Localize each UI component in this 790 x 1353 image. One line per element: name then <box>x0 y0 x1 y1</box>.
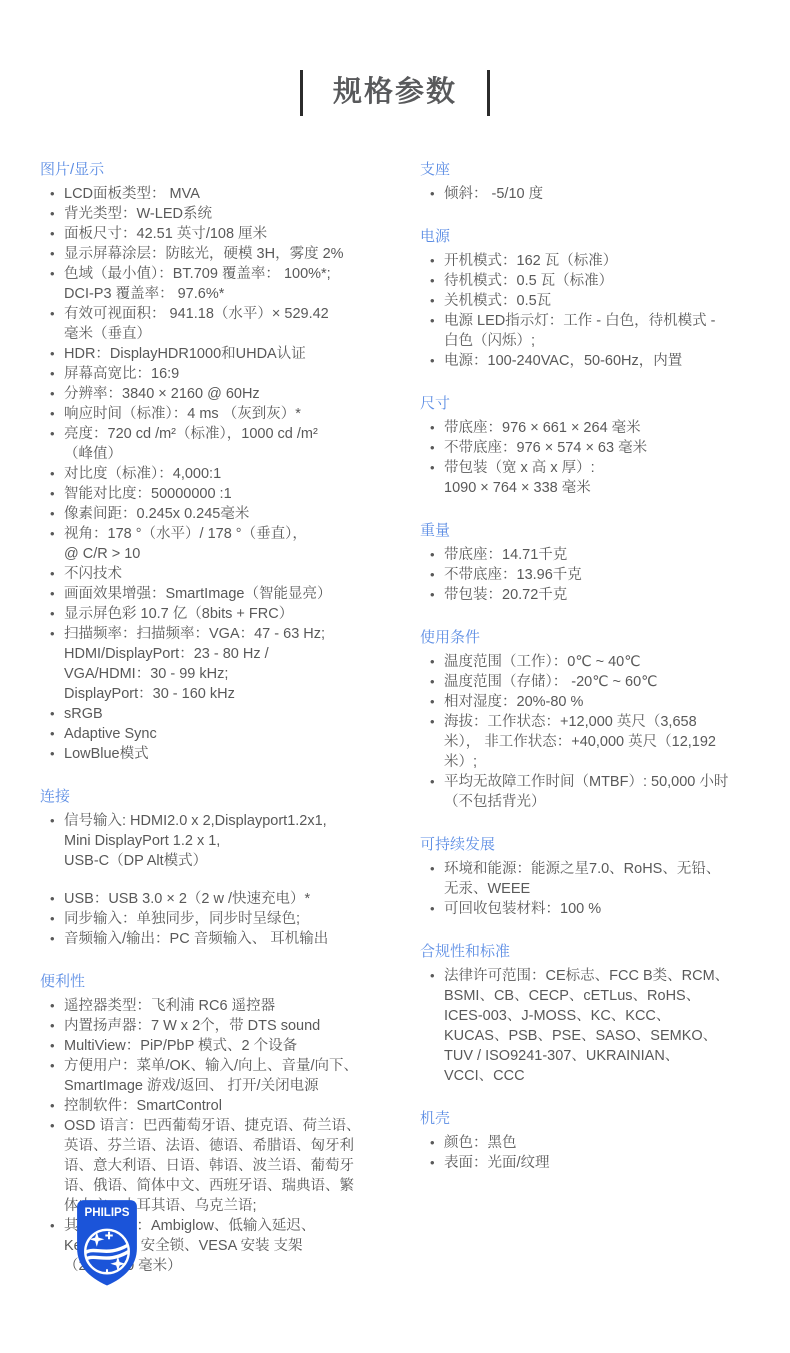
spec-item: •环境和能源：能源之星7.0、RoHS、无铅、 无汞、WEEE <box>420 859 776 899</box>
spec-item: •智能对比度：50000000 :1 <box>40 484 396 504</box>
spec-item-text: 倾斜： -5/10 度 <box>444 184 776 204</box>
bullet-icon: • <box>50 996 64 1016</box>
spec-item: •面板尺寸：42.51 英寸/108 厘米 <box>40 224 396 244</box>
page-header: 规格参数 <box>0 70 790 116</box>
spec-list: •温度范围（工作）：0℃ ~ 40℃•温度范围（存储）： -20℃ ~ 60℃•… <box>420 652 776 812</box>
bullet-icon: • <box>50 244 64 264</box>
spec-item-text: 亮度：720 cd /m²（标准），1000 cd /m² （峰值） <box>64 424 396 464</box>
bullet-icon: • <box>430 585 444 605</box>
spec-item-text: 法律许可范围：CE标志、FCC B类、RCM、 BSMI、CB、CECP、cET… <box>444 966 776 1086</box>
spec-item-text: 表面：光面/纹理 <box>444 1153 776 1173</box>
spec-item: •内置扬声器：7 W x 2个，带 DTS sound <box>40 1016 396 1036</box>
section-title: 支座 <box>420 160 776 180</box>
spec-item-text: 颜色：黑色 <box>444 1133 776 1153</box>
bullet-icon: • <box>50 724 64 744</box>
bullet-icon: • <box>430 712 444 732</box>
spec-item-text: 背光类型：W-LED系统 <box>64 204 396 224</box>
spec-item-text: 面板尺寸：42.51 英寸/108 厘米 <box>64 224 396 244</box>
spec-item: •控制软件：SmartControl <box>40 1096 396 1116</box>
bullet-icon: • <box>50 404 64 424</box>
spec-item: •视角：178 °（水平）/ 178 °（垂直）， @ C/R > 10 <box>40 524 396 564</box>
spec-item-text: 温度范围（存储）： -20℃ ~ 60℃ <box>444 672 776 692</box>
bullet-icon: • <box>430 772 444 792</box>
spec-item-text: 带底座：976 × 661 × 264 毫米 <box>444 418 776 438</box>
bullet-icon: • <box>430 859 444 879</box>
bullet-icon: • <box>430 652 444 672</box>
spec-item-text: 遥控器类型：飞利浦 RC6 遥控器 <box>64 996 396 1016</box>
bullet-icon: • <box>50 344 64 364</box>
bullet-icon: • <box>50 811 64 831</box>
spec-item-text: 显示屏幕涂层：防眩光，硬模 3H，雾度 2% <box>64 244 396 264</box>
spec-item-text: sRGB <box>64 704 396 724</box>
bullet-icon: • <box>50 744 64 764</box>
bullet-icon: • <box>430 418 444 438</box>
spec-item-text: 扫描频率：扫描频率：VGA：47 - 63 Hz; HDMI/DisplayPo… <box>64 624 396 704</box>
section-title: 重量 <box>420 521 776 541</box>
spec-item: •带包装（宽 x 高 x 厚）: 1090 × 764 × 338 毫米 <box>420 458 776 498</box>
spec-item-text: 同步输入：单独同步，同步时呈绿色; <box>64 909 396 929</box>
bullet-icon: • <box>50 224 64 244</box>
spec-item: •带底座：976 × 661 × 264 毫米 <box>420 418 776 438</box>
spec-item: •画面效果增强：SmartImage（智能显亮） <box>40 584 396 604</box>
bullet-icon: • <box>50 1016 64 1036</box>
bullet-icon: • <box>430 184 444 204</box>
bullet-icon: • <box>50 564 64 584</box>
spec-item: •LCD面板类型： MVA <box>40 184 396 204</box>
philips-wordmark: PHILIPS <box>85 1207 130 1219</box>
bullet-icon: • <box>50 364 64 384</box>
spec-list: •开机模式：162 瓦（标准）•待机模式：0.5 瓦（标准）•关机模式：0.5瓦… <box>420 251 776 371</box>
spec-item-text: 控制软件：SmartControl <box>64 1096 396 1116</box>
bullet-icon: • <box>430 458 444 478</box>
section-title: 使用条件 <box>420 628 776 648</box>
bullet-icon: • <box>50 304 64 324</box>
spec-list: •倾斜： -5/10 度 <box>420 184 776 204</box>
spec-page: 规格参数 图片/显示•LCD面板类型： MVA•背光类型：W-LED系统•面板尺… <box>0 0 790 1353</box>
spec-section: 电源•开机模式：162 瓦（标准）•待机模式：0.5 瓦（标准）•关机模式：0.… <box>420 227 776 371</box>
spec-item: •显示屏幕涂层：防眩光，硬模 3H，雾度 2% <box>40 244 396 264</box>
spec-item: •不带底座：976 × 574 × 63 毫米 <box>420 438 776 458</box>
spec-list: •颜色：黑色•表面：光面/纹理 <box>420 1133 776 1173</box>
spec-item: •LowBlue模式 <box>40 744 396 764</box>
spec-item: •倾斜： -5/10 度 <box>420 184 776 204</box>
spec-item-text: 海拔：工作状态：+12,000 英尺（3,658 米）， 非工作状态：+40,0… <box>444 712 776 772</box>
spec-item-text: 关机模式：0.5瓦 <box>444 291 776 311</box>
section-title: 便利性 <box>40 972 396 992</box>
spec-item: •有效可视面积： 941.18（水平）× 529.42 毫米（垂直） <box>40 304 396 344</box>
spec-item: •不带底座：13.96千克 <box>420 565 776 585</box>
spec-item-text: 方便用户：菜单/OK、输入/向上、音量/向下、 SmartImage 游戏/返回… <box>64 1056 396 1096</box>
spec-section: 使用条件•温度范围（工作）：0℃ ~ 40℃•温度范围（存储）： -20℃ ~ … <box>420 628 776 812</box>
spec-item-text: 带底座：14.71千克 <box>444 545 776 565</box>
spec-item-text: 温度范围（工作）：0℃ ~ 40℃ <box>444 652 776 672</box>
bullet-icon: • <box>50 909 64 929</box>
spec-list: •带底座：14.71千克•不带底座：13.96千克•带包装：20.72千克 <box>420 545 776 605</box>
spec-item-text: 智能对比度：50000000 :1 <box>64 484 396 504</box>
spec-item-text: USB：USB 3.0 × 2（2 w /快速充电）* <box>64 889 396 909</box>
spec-item-text: 响应时间（标准）：4 ms （灰到灰）* <box>64 404 396 424</box>
spec-item: •信号输入: HDMI2.0 x 2,Displayport1.2x1, Min… <box>40 811 396 871</box>
spec-item: •显示屏色彩 10.7 亿（8bits + FRC） <box>40 604 396 624</box>
spec-item-text: MultiView：PiP/PbP 模式、2 个设备 <box>64 1036 396 1056</box>
spec-section: 支座•倾斜： -5/10 度 <box>420 160 776 204</box>
spec-item-text: 开机模式：162 瓦（标准） <box>444 251 776 271</box>
spec-item: •带底座：14.71千克 <box>420 545 776 565</box>
bullet-icon: • <box>430 271 444 291</box>
spec-item: •颜色：黑色 <box>420 1133 776 1153</box>
spec-section: 机壳•颜色：黑色•表面：光面/纹理 <box>420 1109 776 1173</box>
bullet-icon: • <box>50 604 64 624</box>
spec-item: •温度范围（工作）：0℃ ~ 40℃ <box>420 652 776 672</box>
spec-list: •法律许可范围：CE标志、FCC B类、RCM、 BSMI、CB、CECP、cE… <box>420 966 776 1086</box>
spec-item: •电源：100-240VAC，50-60Hz，内置 <box>420 351 776 371</box>
bullet-icon: • <box>430 692 444 712</box>
spec-item: •相对湿度：20%-80 % <box>420 692 776 712</box>
spec-item: •亮度：720 cd /m²（标准），1000 cd /m² （峰值） <box>40 424 396 464</box>
spec-item: •不闪技术 <box>40 564 396 584</box>
spec-item: •屏幕高宽比：16:9 <box>40 364 396 384</box>
spec-item-text: 画面效果增强：SmartImage（智能显亮） <box>64 584 396 604</box>
spec-item-text: 显示屏色彩 10.7 亿（8bits + FRC） <box>64 604 396 624</box>
right-column: 支座•倾斜： -5/10 度电源•开机模式：162 瓦（标准）•待机模式：0.5… <box>420 160 776 1299</box>
spec-item-text: 平均无故障工作时间（MTBF）: 50,000 小时 （不包括背光） <box>444 772 776 812</box>
bullet-icon: • <box>430 966 444 986</box>
section-title: 机壳 <box>420 1109 776 1129</box>
spec-item-text: 可回收包装材料：100 % <box>444 899 776 919</box>
spec-item: •表面：光面/纹理 <box>420 1153 776 1173</box>
bullet-icon: • <box>50 524 64 544</box>
spec-item-text: 对比度（标准）：4,000:1 <box>64 464 396 484</box>
spec-item: •Adaptive Sync <box>40 724 396 744</box>
bullet-icon: • <box>50 704 64 724</box>
spec-item-text: 电源 LED指示灯：工作 - 白色，待机模式 - 白色（闪烁）; <box>444 311 776 351</box>
spec-item-text: 环境和能源：能源之星7.0、RoHS、无铅、 无汞、WEEE <box>444 859 776 899</box>
spec-list: •信号输入: HDMI2.0 x 2,Displayport1.2x1, Min… <box>40 811 396 949</box>
section-title: 尺寸 <box>420 394 776 414</box>
bullet-icon: • <box>430 1133 444 1153</box>
bullet-icon: • <box>50 929 64 949</box>
spec-list: •带底座：976 × 661 × 264 毫米•不带底座：976 × 574 ×… <box>420 418 776 498</box>
spec-item: •色域（最小值）：BT.709 覆盖率： 100%*; DCI-P3 覆盖率： … <box>40 264 396 304</box>
spec-item: •方便用户：菜单/OK、输入/向上、音量/向下、 SmartImage 游戏/返… <box>40 1056 396 1096</box>
bullet-icon: • <box>50 424 64 444</box>
spec-item: •音频输入/输出：PC 音频输入、 耳机输出 <box>40 929 396 949</box>
spec-item: •海拔：工作状态：+12,000 英尺（3,658 米）， 非工作状态：+40,… <box>420 712 776 772</box>
bullet-icon: • <box>430 438 444 458</box>
spec-item: •HDR：DisplayHDR1000和UHDA认证 <box>40 344 396 364</box>
page-title: 规格参数 <box>333 77 457 109</box>
bullet-icon: • <box>430 672 444 692</box>
spec-item: •带包装：20.72千克 <box>420 585 776 605</box>
title-divider-right-icon <box>487 70 490 116</box>
spec-item: •像素间距：0.245x 0.245毫米 <box>40 504 396 524</box>
bullet-icon: • <box>50 204 64 224</box>
spec-item-text: LowBlue模式 <box>64 744 396 764</box>
spec-item-text: 信号输入: HDMI2.0 x 2,Displayport1.2x1, Mini… <box>64 811 396 871</box>
philips-shield-icon: PHILIPS <box>73 1197 141 1287</box>
spec-item: •可回收包装材料：100 % <box>420 899 776 919</box>
spec-item-text: Adaptive Sync <box>64 724 396 744</box>
spec-list: •LCD面板类型： MVA•背光类型：W-LED系统•面板尺寸：42.51 英寸… <box>40 184 396 764</box>
spec-item: •法律许可范围：CE标志、FCC B类、RCM、 BSMI、CB、CECP、cE… <box>420 966 776 1086</box>
spec-item-text: 相对湿度：20%-80 % <box>444 692 776 712</box>
spec-item: •同步输入：单独同步，同步时呈绿色; <box>40 909 396 929</box>
bullet-icon: • <box>50 484 64 504</box>
spec-item-text: 视角：178 °（水平）/ 178 °（垂直）， @ C/R > 10 <box>64 524 396 564</box>
spec-item: •扫描频率：扫描频率：VGA：47 - 63 Hz; HDMI/DisplayP… <box>40 624 396 704</box>
philips-logo: PHILIPS <box>73 1197 141 1287</box>
bullet-icon: • <box>430 1153 444 1173</box>
spec-columns: 图片/显示•LCD面板类型： MVA•背光类型：W-LED系统•面板尺寸：42.… <box>40 160 775 1299</box>
bullet-icon: • <box>50 1096 64 1116</box>
spec-item: •MultiView：PiP/PbP 模式、2 个设备 <box>40 1036 396 1056</box>
spec-item: •对比度（标准）：4,000:1 <box>40 464 396 484</box>
spec-item: •sRGB <box>40 704 396 724</box>
bullet-icon: • <box>430 251 444 271</box>
spec-item: •平均无故障工作时间（MTBF）: 50,000 小时 （不包括背光） <box>420 772 776 812</box>
spec-item-text: HDR：DisplayHDR1000和UHDA认证 <box>64 344 396 364</box>
bullet-icon: • <box>50 504 64 524</box>
spec-item-text: 屏幕高宽比：16:9 <box>64 364 396 384</box>
spec-item: •分辨率：3840 × 2160 @ 60Hz <box>40 384 396 404</box>
spec-section: 重量•带底座：14.71千克•不带底座：13.96千克•带包装：20.72千克 <box>420 521 776 605</box>
bullet-icon: • <box>50 1036 64 1056</box>
bullet-icon: • <box>50 464 64 484</box>
bullet-icon: • <box>430 291 444 311</box>
spec-section: 可持续发展•环境和能源：能源之星7.0、RoHS、无铅、 无汞、WEEE•可回收… <box>420 835 776 919</box>
spec-item: •关机模式：0.5瓦 <box>420 291 776 311</box>
spec-section: 尺寸•带底座：976 × 661 × 264 毫米•不带底座：976 × 574… <box>420 394 776 498</box>
spec-item-text: 色域（最小值）：BT.709 覆盖率： 100%*; DCI-P3 覆盖率： 9… <box>64 264 396 304</box>
bullet-icon: • <box>50 889 64 909</box>
bullet-icon: • <box>50 1116 64 1136</box>
left-column: 图片/显示•LCD面板类型： MVA•背光类型：W-LED系统•面板尺寸：42.… <box>40 160 396 1299</box>
spec-section: 合规性和标准•法律许可范围：CE标志、FCC B类、RCM、 BSMI、CB、C… <box>420 942 776 1086</box>
bullet-icon: • <box>430 311 444 331</box>
spec-item-text: 内置扬声器：7 W x 2个，带 DTS sound <box>64 1016 396 1036</box>
section-title: 图片/显示 <box>40 160 396 180</box>
spec-item: •开机模式：162 瓦（标准） <box>420 251 776 271</box>
spec-item: •遥控器类型：飞利浦 RC6 遥控器 <box>40 996 396 1016</box>
spec-item: •背光类型：W-LED系统 <box>40 204 396 224</box>
bullet-icon: • <box>50 1216 64 1236</box>
bullet-icon: • <box>50 584 64 604</box>
spec-item-text: 音频输入/输出：PC 音频输入、 耳机输出 <box>64 929 396 949</box>
spec-item-text: 不带底座：976 × 574 × 63 毫米 <box>444 438 776 458</box>
bullet-icon: • <box>50 184 64 204</box>
bullet-icon: • <box>430 565 444 585</box>
bullet-icon: • <box>50 1056 64 1076</box>
title-divider-left-icon <box>300 70 303 116</box>
section-title: 连接 <box>40 787 396 807</box>
section-title: 电源 <box>420 227 776 247</box>
spec-item-text: 带包装：20.72千克 <box>444 585 776 605</box>
spec-item-text: 电源：100-240VAC，50-60Hz，内置 <box>444 351 776 371</box>
spec-item-text: 像素间距：0.245x 0.245毫米 <box>64 504 396 524</box>
spec-item: •响应时间（标准）：4 ms （灰到灰）* <box>40 404 396 424</box>
spec-item-text: 分辨率：3840 × 2160 @ 60Hz <box>64 384 396 404</box>
spec-section: 图片/显示•LCD面板类型： MVA•背光类型：W-LED系统•面板尺寸：42.… <box>40 160 396 764</box>
bullet-icon: • <box>50 624 64 644</box>
spec-item-text: 有效可视面积： 941.18（水平）× 529.42 毫米（垂直） <box>64 304 396 344</box>
spec-item-text: 带包装（宽 x 高 x 厚）: 1090 × 764 × 338 毫米 <box>444 458 776 498</box>
spec-item: •待机模式：0.5 瓦（标准） <box>420 271 776 291</box>
spec-item: •温度范围（存储）： -20℃ ~ 60℃ <box>420 672 776 692</box>
bullet-icon: • <box>430 899 444 919</box>
bullet-icon: • <box>50 264 64 284</box>
spec-item-text: 不闪技术 <box>64 564 396 584</box>
section-title: 可持续发展 <box>420 835 776 855</box>
spec-item: •电源 LED指示灯：工作 - 白色，待机模式 - 白色（闪烁）; <box>420 311 776 351</box>
spec-list: •环境和能源：能源之星7.0、RoHS、无铅、 无汞、WEEE•可回收包装材料：… <box>420 859 776 919</box>
section-title: 合规性和标准 <box>420 942 776 962</box>
spec-item-text: 不带底座：13.96千克 <box>444 565 776 585</box>
bullet-icon: • <box>50 384 64 404</box>
spec-item: •USB：USB 3.0 × 2（2 w /快速充电）* <box>40 889 396 909</box>
bullet-icon: • <box>430 351 444 371</box>
spec-item-text: 待机模式：0.5 瓦（标准） <box>444 271 776 291</box>
spec-item-text: LCD面板类型： MVA <box>64 184 396 204</box>
spec-section: 连接•信号输入: HDMI2.0 x 2,Displayport1.2x1, M… <box>40 787 396 949</box>
bullet-icon: • <box>430 545 444 565</box>
